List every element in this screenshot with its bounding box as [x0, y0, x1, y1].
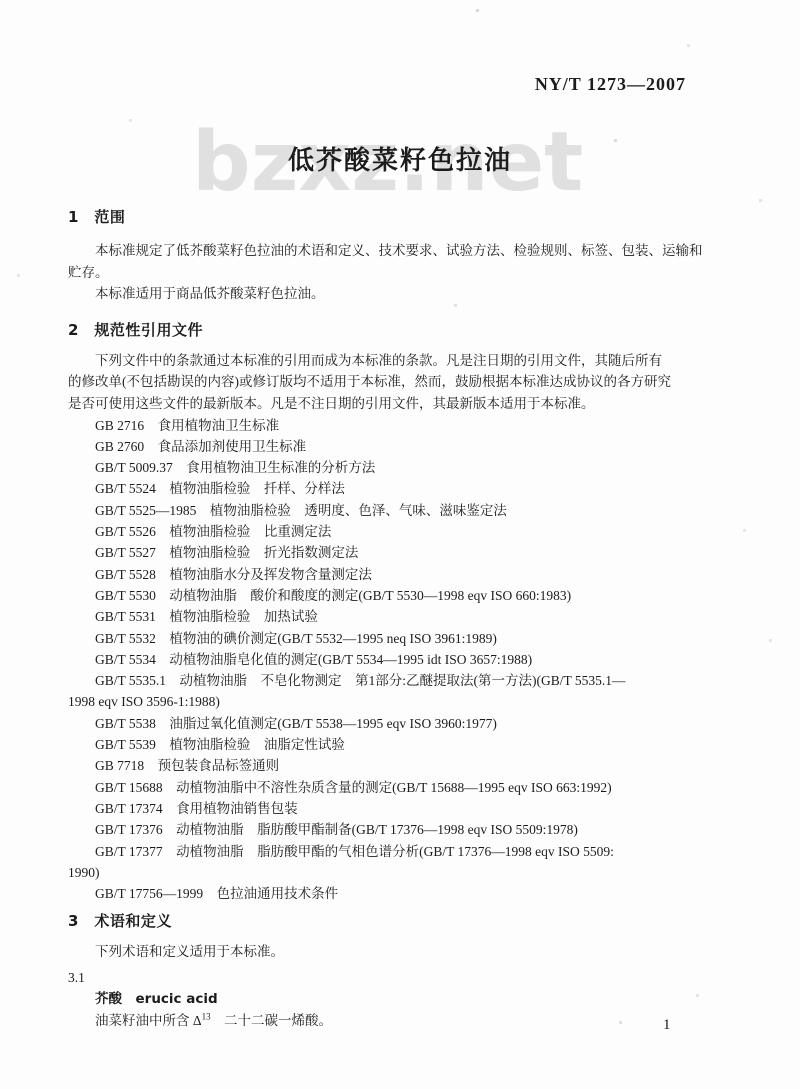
term-definition: 油菜籽油中所含 Δ13 二十二碳一烯酸。 [68, 1010, 736, 1032]
reference-item: GB/T 5528 植物油脂水分及挥发物含量测定法 [68, 564, 736, 585]
applicability-paragraph: 本标准适用于商品低芥酸菜籽色拉油。 [68, 283, 736, 305]
standard-number: NY/T 1273—2007 [535, 74, 686, 95]
page-number: 1 [663, 1017, 671, 1034]
reference-item: GB/T 5539 植物油脂检验 油脂定性试验 [68, 734, 736, 755]
reference-item: GB/T 15688 动植物油脂中不溶性杂质含量的测定(GB/T 15688—1… [68, 777, 736, 798]
reference-item: GB/T 5531 植物油脂检验 加热试验 [68, 606, 736, 627]
document-page: bzxz.net NY/T 1273—2007 低芥酸菜籽色拉油 1 范围 本标… [0, 0, 800, 1089]
reference-item: GB/T 5530 动植物油脂 酸价和酸度的测定(GB/T 5530—1998 … [68, 585, 736, 606]
reference-item: GB/T 17377 动植物油脂 脂肪酸甲酯的气相色谱分析(GB/T 17376… [68, 841, 736, 884]
reference-item: GB/T 5525—1985 植物油脂检验 透明度、色泽、气味、滋味鉴定法 [68, 500, 736, 521]
reference-item: GB 2716 食用植物油卫生标准 [68, 415, 736, 436]
terms-intro: 下列术语和定义适用于本标准。 [68, 941, 736, 963]
reference-item: GB/T 5534 动植物油脂皂化值的测定(GB/T 5534—1995 idt… [68, 649, 736, 670]
reference-item: GB/T 5527 植物油脂检验 折光指数测定法 [68, 542, 736, 563]
document-title: 低芥酸菜籽色拉油 [0, 140, 800, 177]
reference-item: GB/T 17756—1999 色拉油通用技术条件 [68, 883, 736, 904]
section-2-heading: 2 规范性引用文件 [68, 319, 736, 340]
reference-item: GB 2760 食品添加剂使用卫生标准 [68, 436, 736, 457]
normative-references-intro: 下列文件中的条款通过本标准的引用而成为本标准的条款。凡是注日期的引用文件，其随后… [68, 350, 736, 415]
reference-item: GB/T 5009.37 食用植物油卫生标准的分析方法 [68, 457, 736, 478]
reference-item: GB/T 5532 植物油的碘价测定(GB/T 5532—1995 neq IS… [68, 628, 736, 649]
reference-item: GB/T 5535.1 动植物油脂 不皂化物测定 第1部分:乙醚提取法(第一方法… [68, 670, 736, 713]
reference-item: GB 7718 预包装食品标签通则 [68, 755, 736, 776]
term-name: 芥酸 erucic acid [68, 989, 736, 1011]
document-body: 1 范围 本标准规定了低芥酸菜籽色拉油的术语和定义、技术要求、试验方法、检验规则… [68, 197, 736, 1032]
reference-item: GB/T 17374 食用植物油销售包装 [68, 798, 736, 819]
scan-noise [0, 0, 1, 1]
section-3-heading: 3 术语和定义 [68, 910, 736, 931]
reference-item: GB/T 5526 植物油脂检验 比重测定法 [68, 521, 736, 542]
delta-superscript: 13 [202, 1012, 211, 1022]
clause-number: 3.1 [68, 967, 736, 989]
scope-paragraph: 本标准规定了低芥酸菜籽色拉油的术语和定义、技术要求、试验方法、检验规则、标签、包… [68, 240, 736, 283]
reference-item: GB/T 17376 动植物油脂 脂肪酸甲酯制备(GB/T 17376—1998… [68, 819, 736, 840]
reference-list: GB 2716 食用植物油卫生标准 GB 2760 食品添加剂使用卫生标准 GB… [68, 415, 736, 905]
definition-text-suffix: 二十二碳一烯酸。 [211, 1013, 333, 1028]
definition-text-prefix: 油菜籽油中所含 Δ [95, 1013, 202, 1028]
reference-item: GB/T 5538 油脂过氧化值测定(GB/T 5538—1995 eqv IS… [68, 713, 736, 734]
reference-item: GB/T 5524 植物油脂检验 扦样、分样法 [68, 478, 736, 499]
section-1-heading: 1 范围 [68, 206, 736, 227]
